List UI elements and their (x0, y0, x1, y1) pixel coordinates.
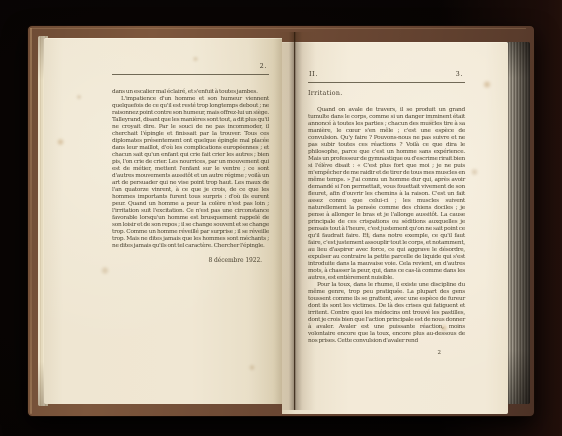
right-text-block: II. 3. Irritation. Quand on avale de tra… (308, 70, 465, 356)
right-body-text: Quand on avale de travers, il se produit… (308, 107, 465, 345)
left-text-block: 2. dans un escalier mal éclairé, et s'en… (112, 62, 269, 264)
right-page-header: II. 3. (308, 70, 465, 78)
foxing-spot (56, 138, 65, 146)
foxing-spot (76, 94, 82, 100)
right-header-rule (308, 82, 465, 83)
foxing-spot (482, 80, 492, 89)
cover-bevel-edge (30, 28, 32, 414)
left-page-number: 2. (260, 62, 267, 70)
paragraph: Quand on avale de travers, il se produit… (308, 107, 465, 282)
page-edge-stack-right (506, 42, 530, 404)
left-page: 2. dans un escalier mal éclairé, et s'en… (44, 38, 282, 404)
photo-scene: 2. dans un escalier mal éclairé, et s'en… (0, 0, 562, 436)
foxing-spot (470, 168, 479, 176)
paragraph: L'impatience d'un homme et son humeur vi… (112, 96, 269, 250)
paragraph: Pour la toux, dans le rhume, il existe u… (308, 282, 465, 345)
left-header-rule (112, 74, 269, 75)
cover-bevel-top-edge (30, 28, 526, 29)
foxing-spot (248, 364, 256, 371)
book: 2. dans un escalier mal éclairé, et s'en… (28, 26, 534, 416)
chapter-number: II. (309, 70, 318, 78)
paragraph: dans un escalier mal éclairé, et s'enfui… (112, 89, 269, 96)
left-page-header: 2. (112, 62, 269, 70)
foxing-spot (100, 266, 110, 275)
right-page: II. 3. Irritation. Quand on avale de tra… (282, 42, 508, 414)
signature-mark: 2 (308, 350, 465, 356)
right-page-number: 3. (456, 70, 463, 78)
left-body-text: dans un escalier mal éclairé, et s'enfui… (112, 89, 269, 250)
chapter-heading: Irritation. (308, 90, 465, 97)
date-line: 8 décembre 1922. (112, 257, 269, 264)
